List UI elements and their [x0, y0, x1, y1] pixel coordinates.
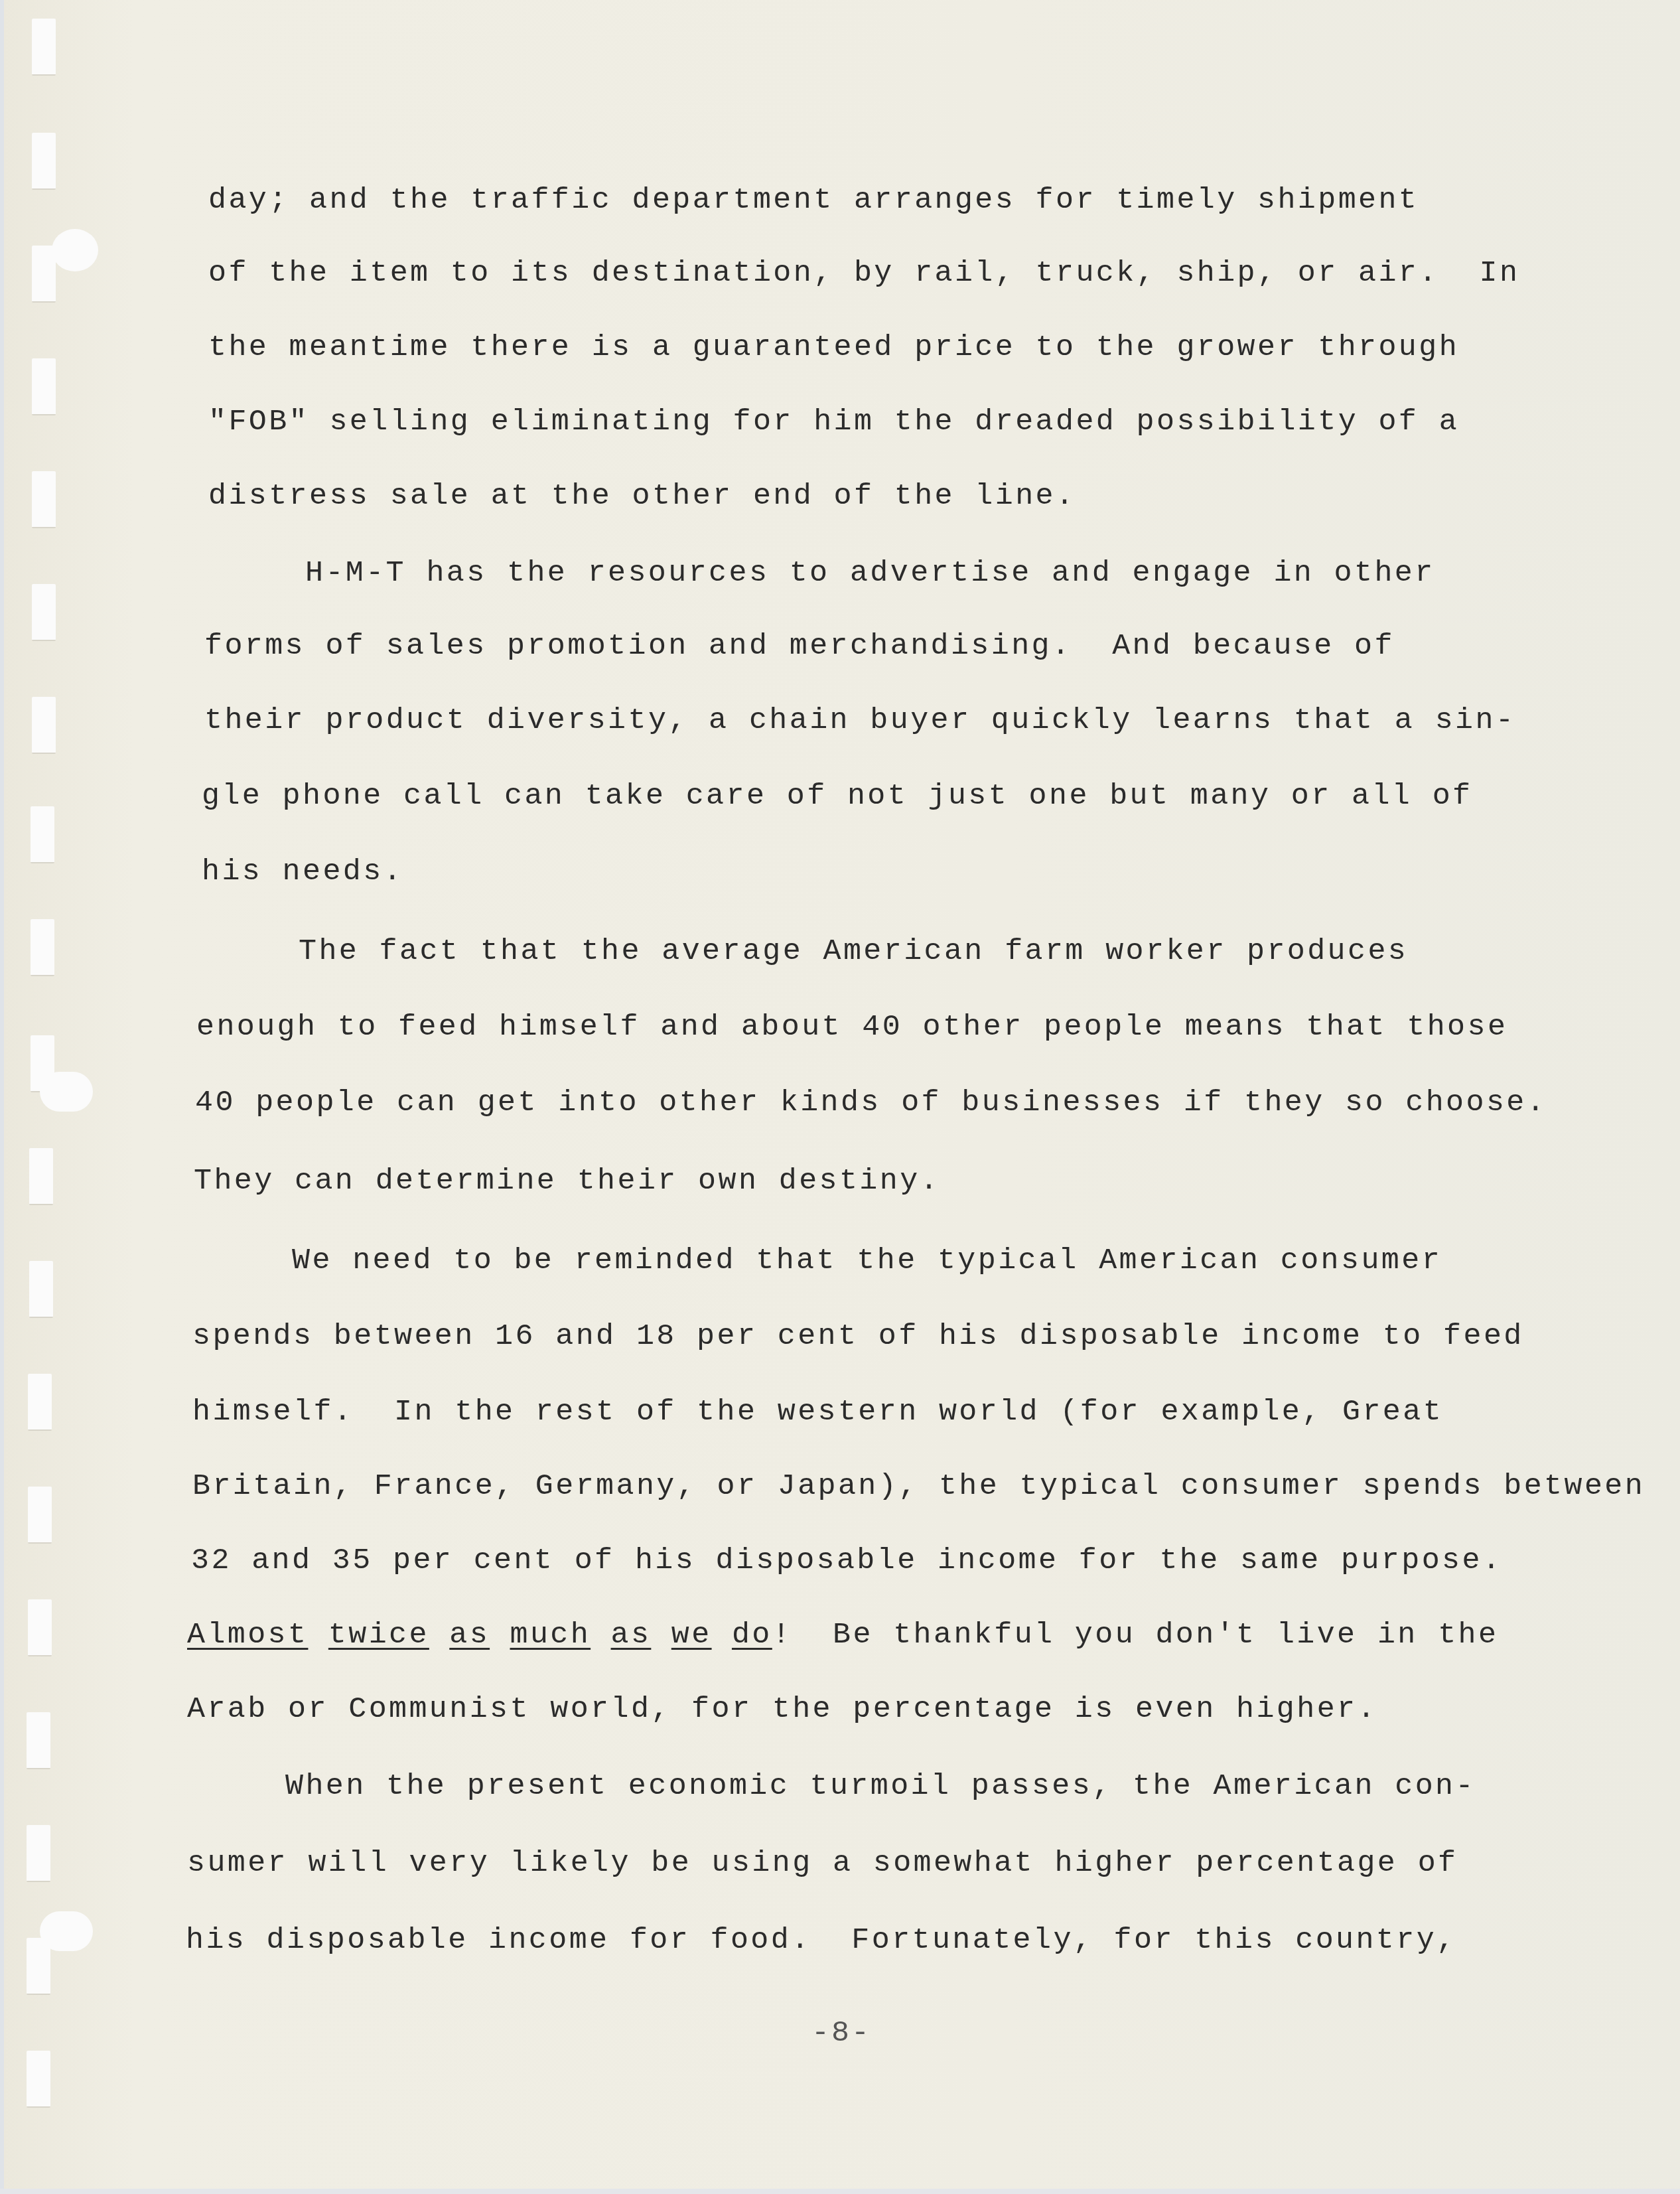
text-line: distress sale at the other end of the li… [208, 476, 1076, 516]
underlined-word: do [732, 1618, 772, 1652]
underlined-word: much [510, 1618, 591, 1652]
punch-hole [32, 471, 56, 528]
underlined-word: we [671, 1618, 712, 1652]
text-line: H-M-T has the resources to advertise and… [305, 553, 1435, 593]
punch-hole [27, 1938, 50, 1995]
document-page: day; and the traffic department arranges… [0, 0, 1680, 2194]
punch-hole [27, 1825, 50, 1882]
punch-hole [29, 1148, 53, 1205]
text-line: his needs. [202, 852, 403, 892]
text-run: Be thankful you don't live in the [792, 1618, 1498, 1652]
text-line: 32 and 35 per cent of his disposable inc… [191, 1541, 1502, 1581]
text-line: 40 people can get into other kinds of bu… [195, 1083, 1547, 1123]
page-bottom-edge [0, 2189, 1680, 2194]
text-line: We need to be reminded that the typical … [292, 1241, 1442, 1281]
punch-hole [32, 584, 56, 641]
text-line: day; and the traffic department arranges… [208, 181, 1419, 220]
punch-hole [28, 1599, 52, 1656]
text-line: himself. In the rest of the western worl… [192, 1392, 1443, 1432]
page-number: -8- [811, 2016, 871, 2050]
text-line: forms of sales promotion and merchandisi… [204, 626, 1395, 666]
text-line: their product diversity, a chain buyer q… [204, 701, 1515, 741]
text-line: gle phone call can take care of not just… [202, 776, 1472, 816]
punch-hole [32, 246, 56, 303]
punch-hole [32, 358, 56, 415]
punch-hole [27, 1712, 50, 1769]
text-line: sumer will very likely be using a somewh… [187, 1844, 1458, 1883]
punch-hole [29, 1261, 53, 1318]
punch-hole-oval [40, 1072, 93, 1112]
punch-hole [32, 19, 56, 76]
text-line: the meantime there is a guaranteed price… [208, 328, 1459, 368]
text-line: "FOB" selling eliminating for him the dr… [208, 402, 1459, 442]
text-line: They can determine their own destiny. [194, 1161, 940, 1201]
punch-hole [31, 806, 54, 863]
underlined-word: as [449, 1618, 490, 1652]
text-line: spends between 16 and 18 per cent of his… [192, 1317, 1524, 1356]
punch-hole [32, 133, 56, 190]
punch-hole [32, 697, 56, 754]
text-line: Arab or Communist world, for the percent… [187, 1690, 1377, 1729]
underlined-word: as [611, 1618, 652, 1652]
text-line: When the present economic turmoil passes… [285, 1767, 1476, 1806]
text-line: The fact that the average American farm … [299, 932, 1408, 972]
punch-hole [31, 919, 54, 976]
text-line: Britain, France, Germany, or Japan), the… [192, 1467, 1645, 1506]
underlined-word: twice [328, 1618, 429, 1652]
exclamation: ! [772, 1618, 792, 1652]
page-left-edge [0, 0, 4, 2194]
underlined-word: Almost [187, 1618, 308, 1652]
punch-hole [28, 1374, 52, 1431]
emphasis-line: Almost twice as much as we do! Be thankf… [187, 1615, 1498, 1655]
text-line: enough to feed himself and about 40 othe… [196, 1007, 1507, 1047]
text-line: of the item to its destination, by rail,… [208, 254, 1519, 293]
punch-hole [28, 1487, 52, 1544]
punch-hole-oval [52, 229, 98, 271]
punch-hole [27, 2051, 50, 2108]
text-line: his disposable income for food. Fortunat… [186, 1921, 1456, 1960]
